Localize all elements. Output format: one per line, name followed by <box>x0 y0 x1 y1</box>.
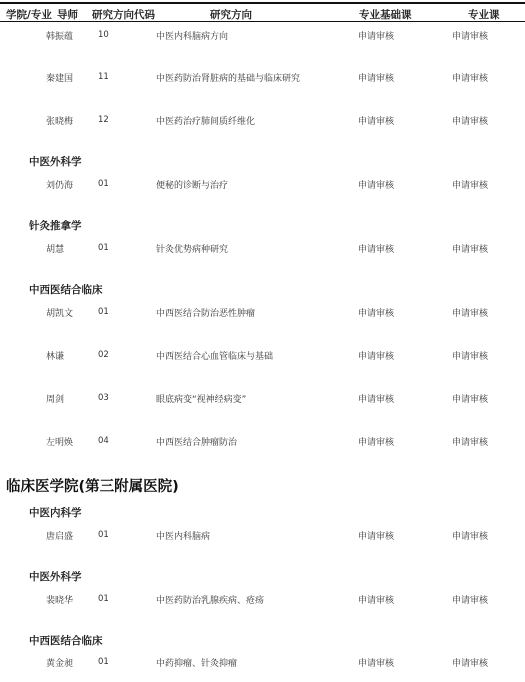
advisor-name: 林谦 <box>46 349 64 362</box>
research-direction: 中药抑瘤、针灸抑瘤 <box>156 656 237 669</box>
advisor-name: 左明焕 <box>46 435 73 448</box>
college-heading: 临床医学院(第三附属医院) <box>6 475 179 496</box>
basic-course: 申请审核 <box>358 529 394 542</box>
major-course: 申请审核 <box>452 656 488 669</box>
major-heading: 中西医结合临床 <box>29 282 103 297</box>
header-bottom-rule <box>0 21 525 22</box>
direction-code: 01 <box>98 179 109 189</box>
advisor-name: 唐启盛 <box>46 529 73 542</box>
header-top-rule <box>0 2 525 4</box>
header-major-course: 专业课 <box>468 7 500 22</box>
major-course: 申请审核 <box>452 349 488 362</box>
major-course: 申请审核 <box>452 178 488 191</box>
advisor-name: 韩振蕴 <box>46 29 73 42</box>
direction-code: 01 <box>98 243 109 253</box>
basic-course: 申请审核 <box>358 656 394 669</box>
research-direction: 针灸优势病种研究 <box>156 242 228 255</box>
basic-course: 申请审核 <box>358 29 394 42</box>
advisor-name: 黄金昶 <box>46 656 73 669</box>
major-course: 申请审核 <box>452 529 488 542</box>
major-course: 申请审核 <box>452 306 488 319</box>
header-basic-course: 专业基础课 <box>359 7 412 22</box>
basic-course: 申请审核 <box>358 593 394 606</box>
major-course: 申请审核 <box>452 242 488 255</box>
header-advisor: 导师 <box>57 7 78 22</box>
advisor-name: 张晓梅 <box>46 114 73 127</box>
major-course: 申请审核 <box>452 435 488 448</box>
major-heading: 针灸推拿学 <box>29 218 82 233</box>
direction-code: 01 <box>98 594 109 604</box>
direction-code: 02 <box>98 350 109 360</box>
advisor-name: 周剑 <box>46 392 64 405</box>
major-heading: 中医外科学 <box>29 154 82 169</box>
research-direction: 眼底病变“视神经病变” <box>156 392 246 405</box>
major-course: 申请审核 <box>452 593 488 606</box>
major-heading: 中医外科学 <box>29 569 82 584</box>
advisor-name: 胡凯文 <box>46 306 73 319</box>
direction-code: 11 <box>98 72 109 82</box>
advisor-name: 胡慧 <box>46 242 64 255</box>
direction-code: 03 <box>98 393 109 403</box>
direction-code: 01 <box>98 657 109 667</box>
research-direction: 中医药防治乳腺疾病、疮疡 <box>156 593 264 606</box>
basic-course: 申请审核 <box>358 306 394 319</box>
header-direction: 研究方向 <box>210 7 252 22</box>
advisor-name: 裴晓华 <box>46 593 73 606</box>
research-direction: 中西医结合防治恶性肿瘤 <box>156 306 255 319</box>
direction-code: 10 <box>98 30 109 40</box>
basic-course: 申请审核 <box>358 392 394 405</box>
major-course: 申请审核 <box>452 71 488 84</box>
major-course: 申请审核 <box>452 114 488 127</box>
major-course: 申请审核 <box>452 392 488 405</box>
research-direction: 中医药治疗肺间质纤维化 <box>156 114 255 127</box>
research-direction: 中医药防治肾脏病的基础与临床研究 <box>156 71 300 84</box>
research-direction: 中西医结合肿瘤防治 <box>156 435 237 448</box>
basic-course: 申请审核 <box>358 178 394 191</box>
header-direction-code: 研究方向代码 <box>92 7 155 22</box>
direction-code: 01 <box>98 530 109 540</box>
basic-course: 申请审核 <box>358 242 394 255</box>
major-course: 申请审核 <box>452 29 488 42</box>
basic-course: 申请审核 <box>358 114 394 127</box>
basic-course: 申请审核 <box>358 349 394 362</box>
research-direction: 便秘的诊断与治疗 <box>156 178 228 191</box>
advisor-name: 刘仍海 <box>46 178 73 191</box>
major-heading: 中医内科学 <box>29 505 82 520</box>
research-direction: 中医内科脑病方向 <box>156 29 228 42</box>
direction-code: 01 <box>98 307 109 317</box>
research-direction: 中西医结合心血管临床与基础 <box>156 349 273 362</box>
major-heading: 中西医结合临床 <box>29 633 103 648</box>
header-college-major: 学院/专业 <box>6 7 52 22</box>
direction-code: 04 <box>98 436 109 446</box>
advisor-name: 秦建国 <box>46 71 73 84</box>
basic-course: 申请审核 <box>358 71 394 84</box>
basic-course: 申请审核 <box>358 435 394 448</box>
direction-code: 12 <box>98 115 109 125</box>
research-direction: 中医内科脑病 <box>156 529 210 542</box>
